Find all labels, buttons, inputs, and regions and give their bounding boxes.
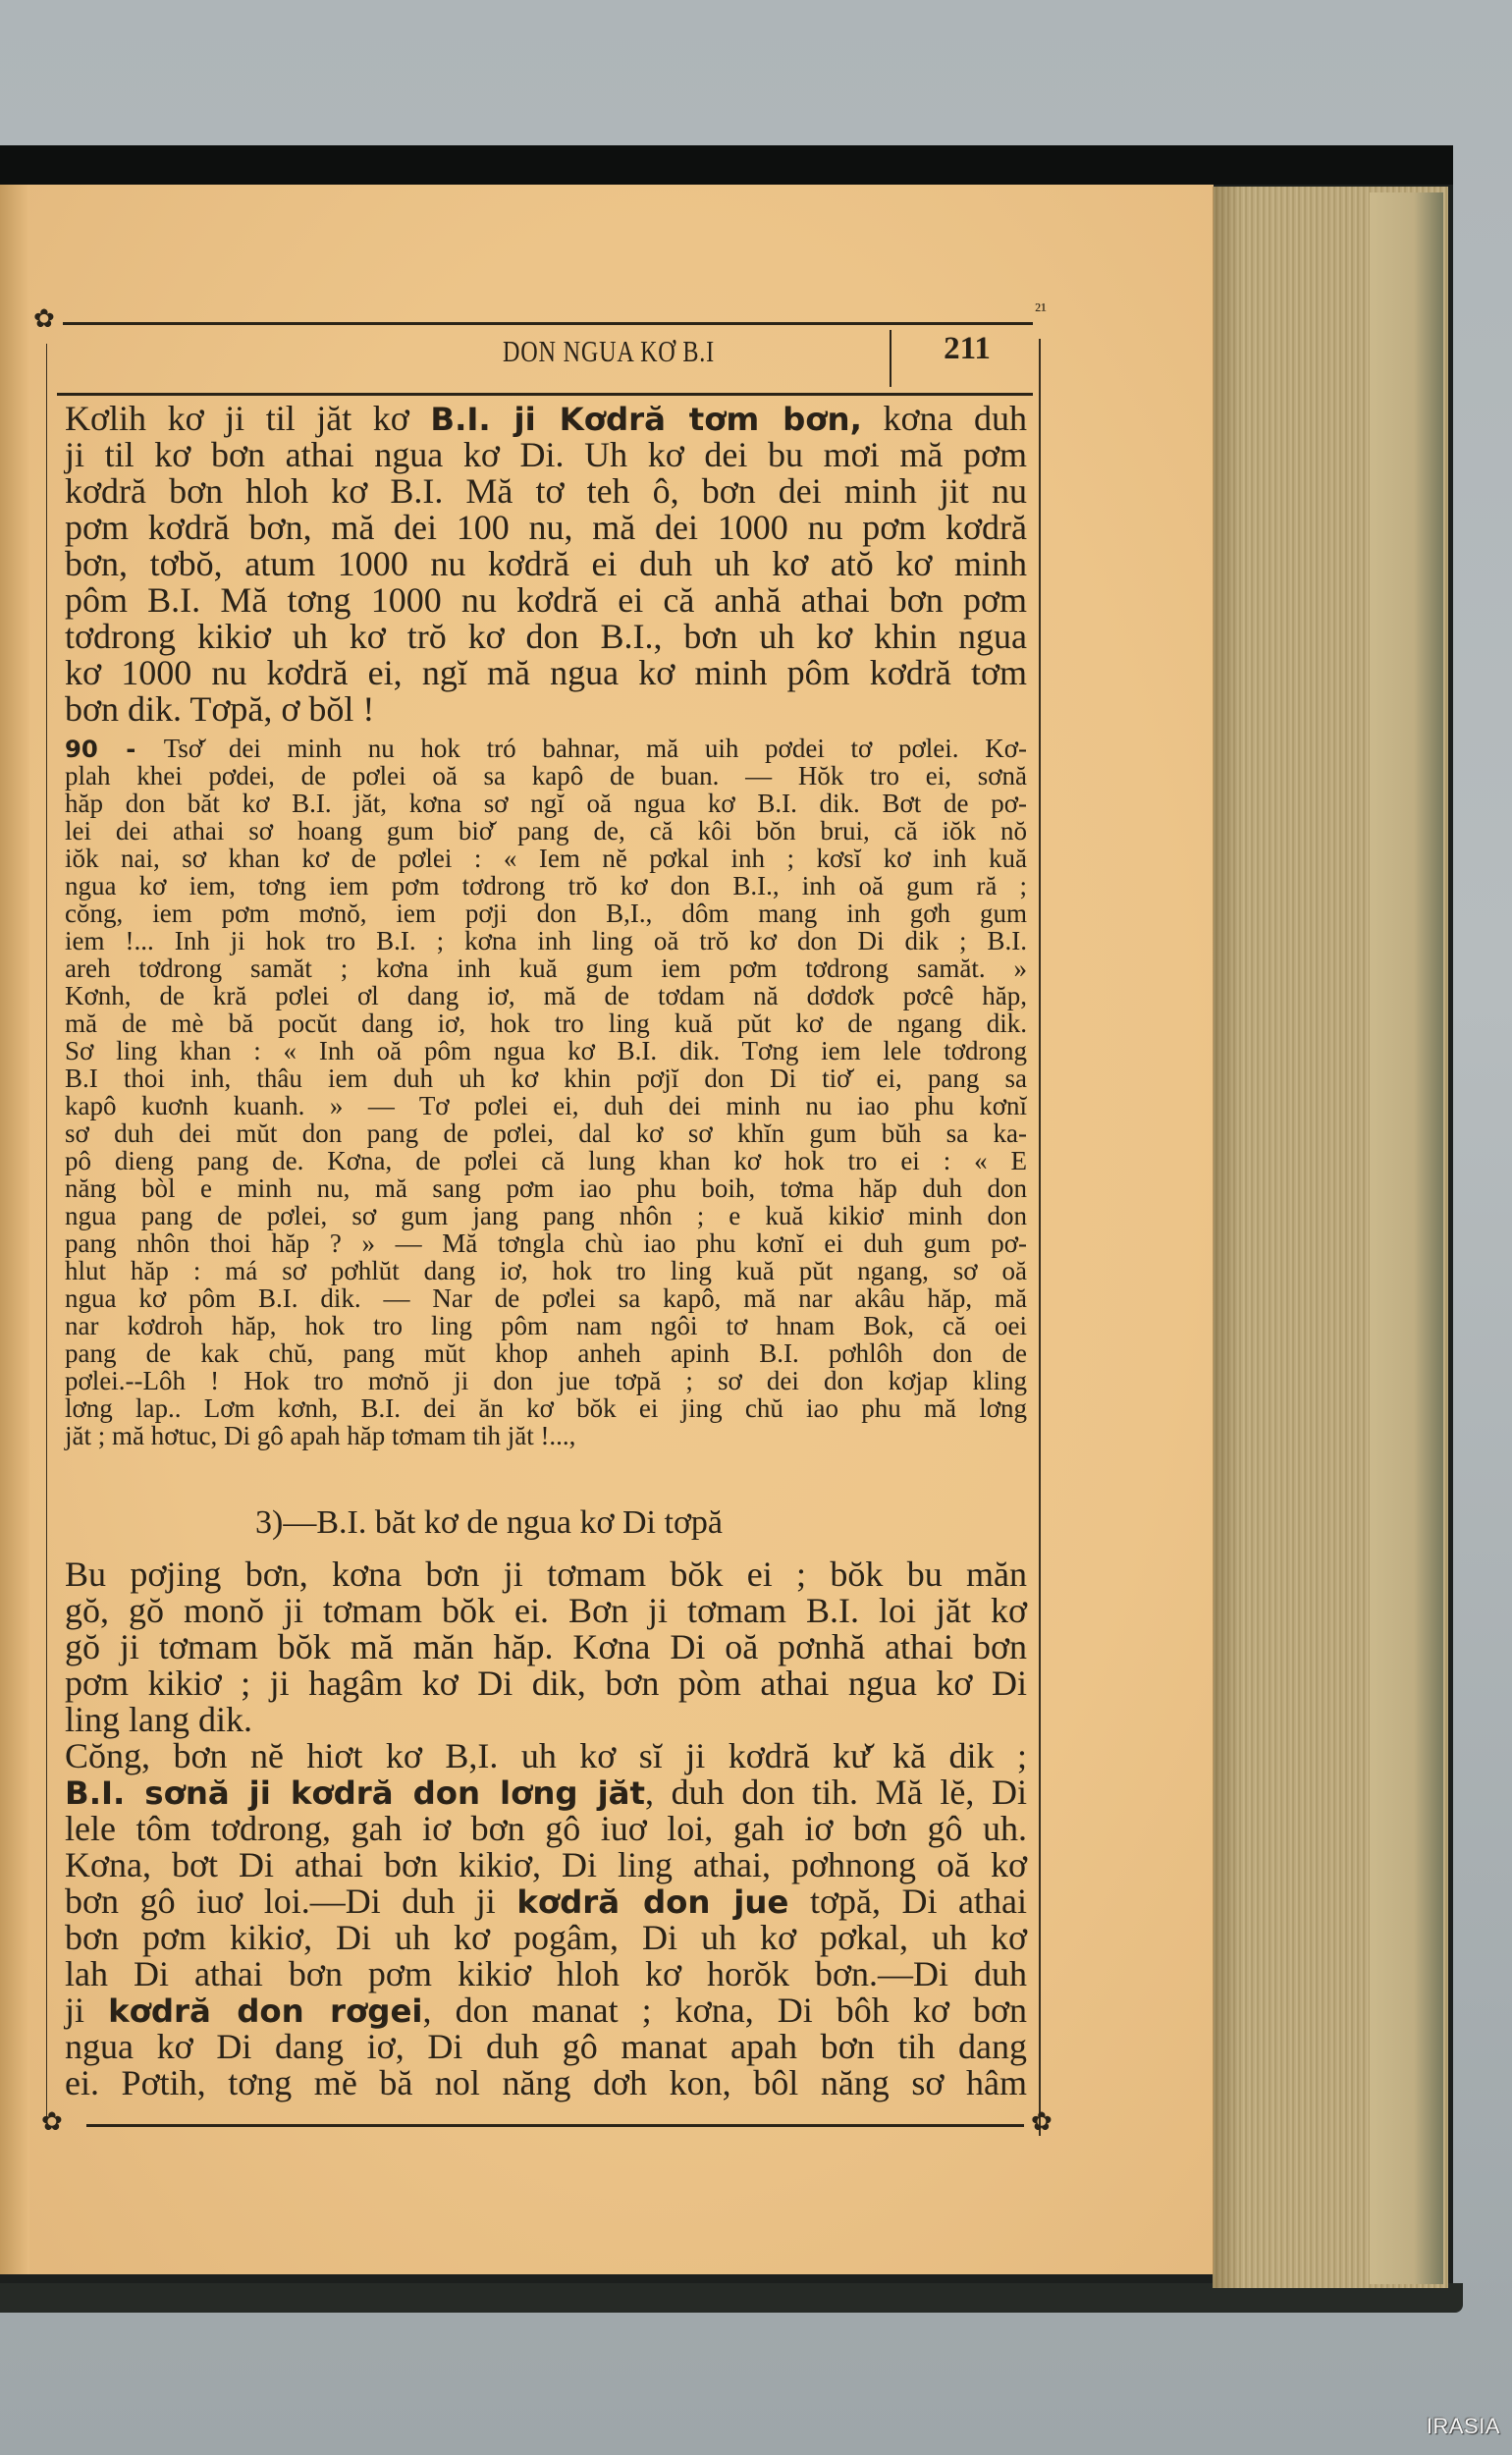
text-run: Kơnh, de kră pơlei ơl dang iơ, mă de tơd… xyxy=(65,981,1027,1010)
text-line: pang nhôn thoi hăp ? » — Mă tơngla chù i… xyxy=(65,1229,1027,1257)
text-run: Sơ ling khan : « Inh oă pôm ngua kơ B.I.… xyxy=(65,1036,1027,1065)
text-run: năng bòl e minh nu, mă sang pơm iao phu … xyxy=(65,1173,1027,1203)
text-line: tơdrong kikiơ uh kơ trŏ kơ don B.I., bơn… xyxy=(65,619,1027,655)
text-run: pang de kak chŭ, pang mŭt khop anheh api… xyxy=(65,1338,1027,1368)
text-line: pơlei.--Lôh ! Hok tro mơnŏ ji don jue tơ… xyxy=(65,1367,1027,1394)
page-stack-outer-edge xyxy=(1370,192,1443,2284)
text-line: 90 - Tsơ̆ dei minh nu hok tró bahnar, mă… xyxy=(65,735,1027,762)
page-gutter xyxy=(0,185,29,2274)
text-run: tơpă, Di athai xyxy=(788,1882,1027,1921)
text-line: ngua kơ Di dang iơ, Di duh gô manat apah… xyxy=(65,2029,1027,2065)
text-line: gŏ, gŏ monŏ ji tơmam bŏk ei. Bơn ji tơma… xyxy=(65,1593,1027,1629)
text-line: bơn dik. Tơpă, ơ bŏl ! xyxy=(65,691,1027,728)
text-run: ei. Pơtih, tơng mĕ bă nol năng dơh kon, … xyxy=(65,2063,1027,2102)
text-run: ngua kơ pôm B.I. dik. — Nar de pơlei sa … xyxy=(65,1283,1027,1313)
text-run: ngua kơ Di dang iơ, Di duh gô manat apah… xyxy=(65,2027,1027,2066)
text-line: mă de mè bă pocŭt dang iơ, hok tro ling … xyxy=(65,1009,1027,1037)
text-line: Sơ ling khan : « Inh oă pôm ngua kơ B.I.… xyxy=(65,1037,1027,1064)
text-line: lah Di athai bơn pơm kikiơ hloh kơ horŏk… xyxy=(65,1956,1027,1992)
text-run: lơng lap.. Lơm kơnh, B.I. dei ăn kơ bŏk … xyxy=(65,1393,1027,1423)
text-run: ling lang dik. xyxy=(65,1700,252,1739)
text-run: lei dei athai sơ hoang gum biơ̆ pang de,… xyxy=(65,816,1027,846)
section-heading: 3)—B.I. băt kơ de ngua kơ Di tơpă xyxy=(255,1504,844,1542)
text-run: lah Di athai bơn pơm kikiơ hloh kơ horŏk… xyxy=(65,1954,1027,1993)
text-line: kơdră bơn hloh kơ B.I. Mă tơ teh ô, bơn … xyxy=(65,473,1027,510)
paragraph-3: Cŏng, bơn nĕ hiơt kơ B,I. uh kơ sĭ ji kơ… xyxy=(65,1738,1027,2101)
text-line: nar kơdroh hăp, hok tro ling pôm nam ngô… xyxy=(65,1312,1027,1339)
text-line: ji kơdră don rơgei, don manat ; kơna, Di… xyxy=(65,1992,1027,2029)
text-run: bơn, tơbŏ, atum 1000 nu kơdră ei duh uh … xyxy=(65,544,1027,583)
text-line: sơ duh dei mŭt don pang de pơlei, dal kơ… xyxy=(65,1119,1027,1147)
text-line: Cŏng, bơn nĕ hiơt kơ B,I. uh kơ sĭ ji kơ… xyxy=(65,1738,1027,1774)
text-run: ngua kơ iem, tơng iem pơm tơdrong trŏ kơ… xyxy=(65,871,1027,900)
text-line: kapô kuơnh kuanh. » — Tơ pơlei ei, duh d… xyxy=(65,1092,1027,1119)
text-line: năng bòl e minh nu, mă sang pơm iao phu … xyxy=(65,1174,1027,1202)
text-run: pôm B.I. Mă tơng 1000 nu kơdră ei că anh… xyxy=(65,580,1027,620)
page-number: 211 xyxy=(913,331,1021,367)
text-run: pơlei.--Lôh ! Hok tro mơnŏ ji don jue tơ… xyxy=(65,1366,1027,1395)
text-run: tơdrong kikiơ uh kơ trŏ kơ don B.I., bơn… xyxy=(65,617,1027,656)
text-run: jăt ; mă hơtuc, Di gô apah hăp tơmam tih… xyxy=(65,1421,575,1450)
header-bottom-rule xyxy=(57,393,1033,396)
text-line: cŏng, iem pơm mơnŏ, iem pơji don B,I., d… xyxy=(65,900,1027,927)
text-line: iem !... Inh ji hok tro B.I. ; kơna inh … xyxy=(65,927,1027,955)
text-line: hăp don băt kơ B.I. jăt, kơna sơ ngĭ oă … xyxy=(65,790,1027,817)
text-run: plah khei pơdei, de pơlei oă sa kapô de … xyxy=(65,761,1027,791)
text-run: Kơlih kơ ji til jăt kơ xyxy=(65,399,430,438)
text-run: ji xyxy=(65,1991,108,2030)
text-line: gŏ ji tơmam bŏk mă măn hăp. Kơna Di oă p… xyxy=(65,1629,1027,1665)
bold-phrase: B.I. ji Kơdră tơm bơn, xyxy=(430,401,862,438)
text-run: areh tơdrong samăt ; kơna inh kuă gum ie… xyxy=(65,954,1027,983)
text-run: mă de mè bă pocŭt dang iơ, hok tro ling … xyxy=(65,1009,1027,1038)
page-edge-shadow xyxy=(1213,187,1242,2288)
text-line: Kơna, bơt Di athai bơn kikiơ, Di ling at… xyxy=(65,1847,1027,1883)
text-line: lơng lap.. Lơm kơnh, B.I. dei ăn kơ bŏk … xyxy=(65,1394,1027,1422)
rosette-ornament-icon: ✿ xyxy=(41,2109,63,2135)
text-run: kơna duh xyxy=(862,399,1027,438)
watermark: IRASIA xyxy=(1427,2414,1500,2439)
text-line: jăt ; mă hơtuc, Di gô apah hăp tơmam tih… xyxy=(65,1422,1027,1449)
text-line: areh tơdrong samăt ; kơna inh kuă gum ie… xyxy=(65,955,1027,982)
margin-mark: ²¹ xyxy=(1035,300,1047,322)
text-line: hlut hăp : má sơ pơhlŭt dang iơ, hok tro… xyxy=(65,1257,1027,1284)
paragraph-1: Kơlih kơ ji til jăt kơ B.I. ji Kơdră tơm… xyxy=(65,401,1027,728)
text-line: ling lang dik. xyxy=(65,1702,1027,1738)
header-top-rule xyxy=(63,322,1033,325)
bold-phrase: kơdră don rơgei xyxy=(108,1992,422,2030)
text-line: Kơnh, de kră pơlei ơl dang iơ, mă de tơd… xyxy=(65,982,1027,1009)
header-divider xyxy=(890,330,891,387)
running-title: DON NGUA KƠ B.I xyxy=(417,334,800,369)
text-line: pơm kikiơ ; ji hagâm kơ Di dik, bơn pòm … xyxy=(65,1665,1027,1702)
text-line: pang de kak chŭ, pang mŭt khop anheh api… xyxy=(65,1339,1027,1367)
text-line: ngua kơ pôm B.I. dik. — Nar de pơlei sa … xyxy=(65,1284,1027,1312)
text-line: bơn pơm kikiơ, Di uh kơ pogâm, Di uh kơ … xyxy=(65,1920,1027,1956)
text-line: bơn, tơbŏ, atum 1000 nu kơdră ei duh uh … xyxy=(65,546,1027,582)
text-run: hlut hăp : má sơ pơhlŭt dang iơ, hok tro… xyxy=(65,1256,1027,1285)
text-run: kơdră bơn hloh kơ B.I. Mă tơ teh ô, bơn … xyxy=(65,471,1027,511)
text-line: pơm kơdră bơn, mă dei 100 nu, mă dei 100… xyxy=(65,510,1027,546)
text-run: Bu pơjing bơn, kơna bơn ji tơmam bŏk ei … xyxy=(65,1555,1027,1594)
text-run: gŏ ji tơmam bŏk mă măn hăp. Kơna Di oă p… xyxy=(65,1627,1027,1666)
example-90-passage: 90 - Tsơ̆ dei minh nu hok tró bahnar, mă… xyxy=(65,735,1027,1449)
book-cover-top-edge xyxy=(0,145,1453,185)
text-run: bơn dik. Tơpă, ơ bŏl ! xyxy=(65,689,374,729)
text-line: ji til kơ bơn athai ngua kơ Di. Uh kơ de… xyxy=(65,437,1027,473)
text-run: pơm kơdră bơn, mă dei 100 nu, mă dei 100… xyxy=(65,508,1027,547)
text-run: pô dieng pang de. Kơna, de pơlei că lung… xyxy=(65,1146,1027,1175)
text-run: B.I thoi inh, thâu iem duh uh kơ khin pơ… xyxy=(65,1064,1027,1093)
paragraph-2: Bu pơjing bơn, kơna bơn ji tơmam bŏk ei … xyxy=(65,1556,1027,1738)
text-run: iem !... Inh ji hok tro B.I. ; kơna inh … xyxy=(65,926,1027,955)
bold-phrase: B.I. sơnă ji kơdră don lơng jăt xyxy=(65,1774,645,1812)
text-run: cŏng, iem pơm mơnŏ, iem pơji don B,I., d… xyxy=(65,899,1027,928)
text-run: ngua pang de pơlei, sơ gum jang pang nhô… xyxy=(65,1201,1027,1230)
text-run: Kơna, bơt Di athai bơn kikiơ, Di ling at… xyxy=(65,1845,1027,1884)
text-run: Tsơ̆ dei minh nu hok tró bahnar, mă uih … xyxy=(164,734,1027,763)
text-line: ngua pang de pơlei, sơ gum jang pang nhô… xyxy=(65,1202,1027,1229)
text-line: plah khei pơdei, de pơlei oă sa kapô de … xyxy=(65,762,1027,790)
bold-phrase: 90 - xyxy=(65,735,164,763)
text-run: kơ 1000 nu kơdră ei, ngĭ mă ngua kơ minh… xyxy=(65,653,1027,692)
text-line: lei dei athai sơ hoang gum biơ̆ pang de,… xyxy=(65,817,1027,845)
rosette-ornament-icon: ✿ xyxy=(33,306,55,332)
text-run: ji til kơ bơn athai ngua kơ Di. Uh kơ de… xyxy=(65,435,1027,474)
text-run: bơn pơm kikiơ, Di uh kơ pogâm, Di uh kơ … xyxy=(65,1918,1027,1957)
text-run: gŏ, gŏ monŏ ji tơmam bŏk ei. Bơn ji tơma… xyxy=(65,1591,1027,1630)
text-line: bơn gô iuơ loi.—Di duh ji kơdră don jue … xyxy=(65,1883,1027,1920)
text-line: B.I thoi inh, thâu iem duh uh kơ khin pơ… xyxy=(65,1064,1027,1092)
text-run: sơ duh dei mŭt don pang de pơlei, dal kơ… xyxy=(65,1118,1027,1148)
text-run: , don manat ; kơna, Di bôh kơ bơn xyxy=(423,1991,1027,2030)
rosette-ornament-icon: ✿ xyxy=(1031,2109,1053,2135)
text-line: pôm B.I. Mă tơng 1000 nu kơdră ei că anh… xyxy=(65,582,1027,619)
text-line: kơ 1000 nu kơdră ei, ngĭ mă ngua kơ minh… xyxy=(65,655,1027,691)
text-run: kapô kuơnh kuanh. » — Tơ pơlei ei, duh d… xyxy=(65,1091,1027,1120)
text-line: Bu pơjing bơn, kơna bơn ji tơmam bŏk ei … xyxy=(65,1556,1027,1593)
footer-rule xyxy=(86,2124,1024,2127)
text-line: iŏk nai, sơ khan kơ de pơlei : « Iem nĕ … xyxy=(65,845,1027,872)
text-run: pơm kikiơ ; ji hagâm kơ Di dik, bơn pòm … xyxy=(65,1664,1027,1703)
text-line: pô dieng pang de. Kơna, de pơlei că lung… xyxy=(65,1147,1027,1174)
text-run: nar kơdroh hăp, hok tro ling pôm nam ngô… xyxy=(65,1311,1027,1340)
text-run: Cŏng, bơn nĕ hiơt kơ B,I. uh kơ sĭ ji kơ… xyxy=(65,1736,1027,1775)
text-line: Kơlih kơ ji til jăt kơ B.I. ji Kơdră tơm… xyxy=(65,401,1027,437)
right-margin-rule xyxy=(1039,339,1041,2136)
text-run: iŏk nai, sơ khan kơ de pơlei : « Iem nĕ … xyxy=(65,844,1027,873)
text-line: lele tôm tơdrong, gah iơ bơn gô iuơ loi,… xyxy=(65,1811,1027,1847)
left-margin-rule xyxy=(46,344,47,2121)
text-run: bơn gô iuơ loi.—Di duh ji xyxy=(65,1882,516,1921)
text-run: , duh don tih. Mă lĕ, Di xyxy=(645,1773,1027,1812)
text-line: ei. Pơtih, tơng mĕ bă nol năng dơh kon, … xyxy=(65,2065,1027,2101)
text-run: hăp don băt kơ B.I. jăt, kơna sơ ngĭ oă … xyxy=(65,789,1027,818)
bold-phrase: kơdră don jue xyxy=(516,1883,788,1921)
text-line: B.I. sơnă ji kơdră don lơng jăt, duh don… xyxy=(65,1774,1027,1811)
text-line: ngua kơ iem, tơng iem pơm tơdrong trŏ kơ… xyxy=(65,872,1027,900)
text-run: pang nhôn thoi hăp ? » — Mă tơngla chù i… xyxy=(65,1228,1027,1258)
text-run: lele tôm tơdrong, gah iơ bơn gô iuơ loi,… xyxy=(65,1809,1027,1848)
